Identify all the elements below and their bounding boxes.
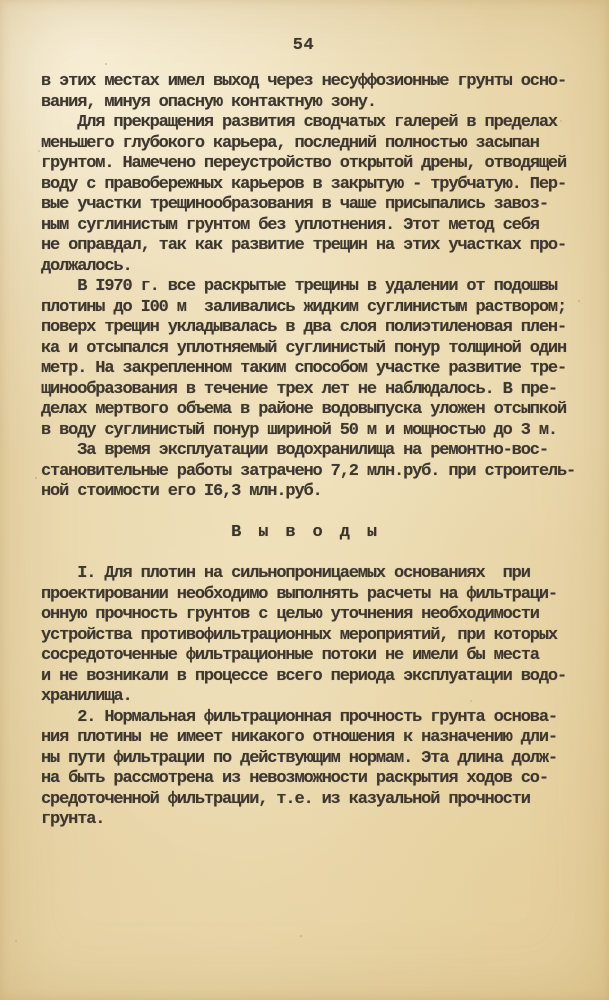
text-line: в воду суглинистый понур шириной 50 м и …	[41, 421, 581, 442]
text-line: вые участки трещинообразования в чаше пр…	[41, 195, 581, 216]
text-line: ны пути фильтрации по действующим нормам…	[41, 749, 581, 770]
page-text: в этих местах имел выход через несуффози…	[41, 72, 581, 831]
text-line: становительные работы затрачено 7,2 млн.…	[41, 462, 581, 483]
text-line: сосредоточенные фильтрационные потоки не…	[41, 646, 581, 667]
text-line: В I970 г. все раскрытые трещины в удален…	[41, 277, 581, 298]
text-line: 2. Нормальная фильтрационная прочность г…	[41, 708, 581, 729]
text-line: щинообразования в течение трех лет не на…	[41, 380, 581, 401]
text-line: ной стоимости его I6,3 млн.руб.	[41, 482, 581, 503]
text-line: хранилища.	[41, 687, 581, 708]
text-line: За время эксплуатации водохранилища на р…	[41, 441, 581, 462]
text-line: ния плотины не имеет никакого отношения …	[41, 728, 581, 749]
text-line: проектировании необходимо выполнять расч…	[41, 585, 581, 606]
text-line: онную прочность грунтов с целью уточнени…	[41, 605, 581, 626]
text-line: средоточенной фильтрации, т.е. из казуал…	[41, 790, 581, 811]
text-line: не оправдал, так как развитие трещин на …	[41, 236, 581, 257]
text-line: грунтом. Намечено переустройство открыто…	[41, 154, 581, 175]
text-line: вания, минуя опасную контактную зону.	[41, 93, 581, 114]
text-line: в этих местах имел выход через несуффози…	[41, 72, 581, 93]
blank-line	[41, 544, 581, 565]
scanned-document-page: 54 в этих местах имел выход через несуфф…	[0, 0, 609, 1000]
text-line: метр. На закрепленном таким способом уча…	[41, 359, 581, 380]
text-line: Для прекращения развития сводчатых галер…	[41, 113, 581, 134]
text-line: ным суглинистым грунтом без уплотнения. …	[41, 216, 581, 237]
text-line: и не возникали в процессе всего периода …	[41, 667, 581, 688]
text-line: должалось.	[41, 257, 581, 278]
paper-specks	[0, 0, 2, 2]
text-line: делах мертвого объема в районе водовыпус…	[41, 400, 581, 421]
text-line: меньшего глубокого карьера, последний по…	[41, 134, 581, 155]
page-number: 54	[41, 36, 566, 55]
section-heading: В ы в о д ы	[41, 523, 581, 544]
text-line: грунта.	[41, 810, 581, 831]
text-line: на быть рассмотрена из невозможности рас…	[41, 769, 581, 790]
text-line: I. Для плотин на сильнопроницаемых основ…	[41, 564, 581, 585]
text-line: ка и отсыпался уплотняемый суглинистый п…	[41, 339, 581, 360]
blank-line	[41, 503, 581, 524]
text-line: устройства противофильтрационных меропри…	[41, 626, 581, 647]
text-line: воду с правобережных карьеров в закрытую…	[41, 175, 581, 196]
text-line: поверх трещин укладывалась в два слоя по…	[41, 318, 581, 339]
text-line: плотины до I00 м заливались жидким сугли…	[41, 298, 581, 319]
